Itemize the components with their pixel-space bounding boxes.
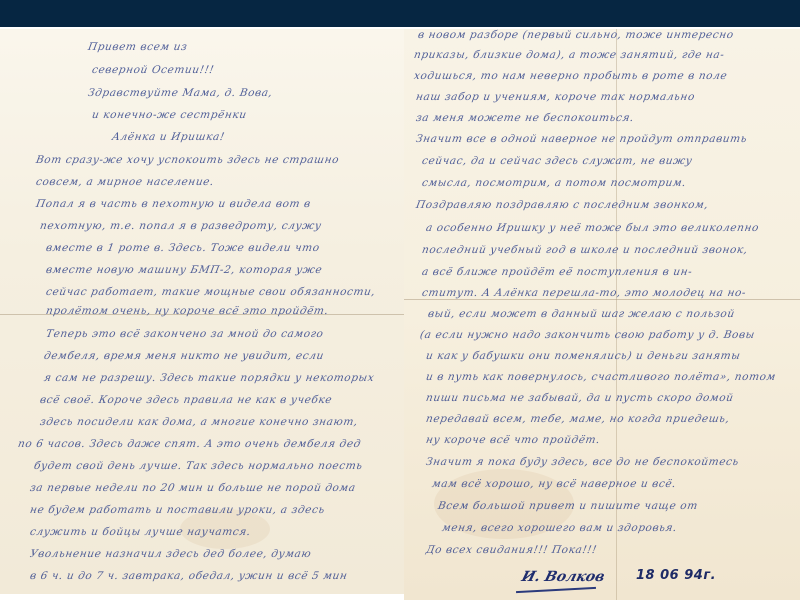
signature-underline <box>516 587 596 593</box>
letter-line: вый, если может в данный шаг желаю с пол… <box>427 308 736 320</box>
letter-line: Поздравляю поздравляю с последним звонко… <box>415 199 709 211</box>
letter-page-left: Привет всем из северной Осетии!!! Здравс… <box>0 29 410 594</box>
letter-line: последний учебный год в школе и последни… <box>421 244 749 256</box>
letter-line: за меня можете не беспокоиться. <box>415 112 635 124</box>
top-bar <box>0 0 800 27</box>
letter-line: а всё ближе пройдёт её поступления в ин- <box>421 266 693 278</box>
letter-line: мам всё хорошо, ну всё наверное и всё. <box>431 478 677 490</box>
letter-line: наш забор и учениям, короче так нормальн… <box>415 91 696 103</box>
letter-line: пиши письма не забывай, да и пусть скоро… <box>425 392 735 404</box>
letter-line: сейчас, да и сейчас здесь служат, не виж… <box>421 155 694 167</box>
letter-line: здесь посидели как дома, а многие конечн… <box>39 416 359 428</box>
letter-line: служить и бойцы лучше научатся. <box>29 526 252 538</box>
letter-line: (а если нужно надо закончить свою работу… <box>419 329 756 341</box>
greeting-line: и конечно-же сестрёнки <box>91 109 248 121</box>
letter-line: в новом разборе (первый сильно, тоже инт… <box>417 29 735 41</box>
letter-line: меня, всего хорошего вам и здоровья. <box>441 522 678 534</box>
letter-line: сейчас работает, такие мощные свои обяза… <box>45 286 376 298</box>
greeting-line: Привет всем из <box>87 41 189 53</box>
letter-date: 18 06 94г. <box>636 568 716 583</box>
letter-line: Вот сразу-же хочу успокоить здесь не стр… <box>35 154 340 166</box>
greeting-line: Алёнка и Иришка! <box>111 131 226 143</box>
letter-line: вместе новую машину БМП-2, которая уже <box>45 264 323 276</box>
letter-line: не будем работать и поставили уроки, а з… <box>29 504 326 516</box>
letter-page-right: в новом разборе (первый сильно, тоже инт… <box>404 29 800 600</box>
letter-line: всё своё. Короче здесь правила не как в … <box>39 394 333 406</box>
letter-line: ну короче всё что пройдёт. <box>425 434 601 446</box>
letter-line: ходишься, то нам неверно пробыть в роте … <box>413 70 728 82</box>
letter-line: Значит все в одной наверное не пройдут о… <box>415 133 748 145</box>
letter-line: а особенно Иришку у неё тоже был это вел… <box>425 222 760 234</box>
letter-line: передавай всем, тебе, маме, но когда при… <box>425 413 731 425</box>
letter-line: Всем большой привет и пишите чаще от <box>437 500 699 512</box>
letter-line: будет свой день лучше. Так здесь нормаль… <box>33 460 364 472</box>
letter-line: в 6 ч. и до 7 ч. завтрака, обедал, ужин … <box>29 570 349 582</box>
letter-line: и как у бабушки они поменялись) и деньги… <box>425 350 742 362</box>
letter-line: вместе в 1 роте в. Здесь. Тоже видели чт… <box>45 242 321 254</box>
letter-line: смысла, посмотрим, а потом посмотрим. <box>421 177 687 189</box>
greeting-line: северной Осетии!!! <box>91 64 215 76</box>
letter-line: я сам не разрешу. Здесь такие порядки у … <box>43 372 375 384</box>
greeting-line: Здравствуйте Мама, д. Вова, <box>87 87 274 99</box>
letter-line: за первые недели по 20 мин и больше не п… <box>29 482 357 494</box>
signature: И. Волков <box>520 569 607 585</box>
letter-line: Увольнение назначил здесь дед более, дум… <box>29 548 312 560</box>
letter-line: пехотную, т.е. попал я в разведроту, слу… <box>39 220 323 232</box>
letter-line: пролётом очень, ну короче всё это пройдё… <box>45 305 330 317</box>
letter-line: Значит я пока буду здесь, все до не бесп… <box>425 456 740 468</box>
letter-line: и в путь как повернулось, счастливого по… <box>425 371 777 383</box>
paper-fold <box>404 299 800 300</box>
letter-line: совсем, а мирное население. <box>35 176 215 188</box>
letter-line: дембеля, время меня никто не увидит, есл… <box>43 350 325 362</box>
closing-line: До всех свидания!!! Пока!!! <box>425 544 598 556</box>
letter-line: по 6 часов. Здесь даже спят. А это очень… <box>17 438 362 450</box>
letter-line: Попал я в часть в пехотную и видела вот … <box>35 198 312 210</box>
letter-line: приказы, близкие дома), а тоже занятий, … <box>413 49 726 61</box>
letter-line: Теперь это всё закончено за мной до само… <box>45 328 325 340</box>
letter-line: ститут. А Алёнка перешла-то, это молодец… <box>421 287 747 299</box>
